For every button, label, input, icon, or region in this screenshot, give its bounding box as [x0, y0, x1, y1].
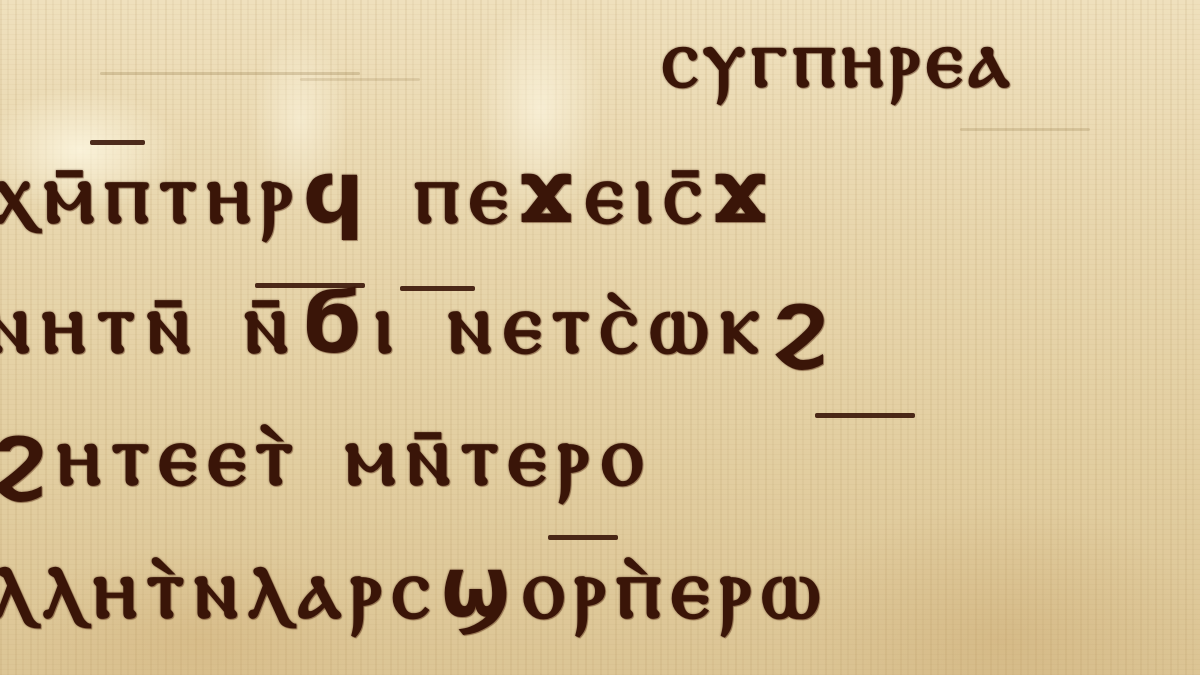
supralinear-stroke: [815, 413, 915, 418]
papyrus-manuscript: ⲥⲩⲅⲡⲏⲣⲉⲁ ⲭⲙ̄ⲡⲧⲏⲣϥ ⲡⲉϫⲉⲓⲥ̄ϫ ⲛⲏⲧⲛ̄ ⲛ̄ϭⲓ ⲛⲉ…: [0, 0, 1200, 675]
papyrus-fiber: [960, 128, 1090, 131]
manuscript-line-3: ⲛⲏⲧⲛ̄ ⲛ̄ϭⲓ ⲛⲉⲧⲥ̀ⲱⲕϩ: [0, 280, 839, 366]
papyrus-fiber: [100, 72, 360, 75]
manuscript-line-2: ⲭⲙ̄ⲡⲧⲏⲣϥ ⲡⲉϫⲉⲓⲥ̄ϫ: [0, 150, 779, 236]
papyrus-fiber: [300, 78, 420, 81]
manuscript-line-4: ϩⲏⲧⲉⲉⲧ̀ ⲙⲛ̄ⲧⲉⲣⲟ: [0, 412, 653, 498]
manuscript-line-1: ⲥⲩⲅⲡⲏⲣⲉⲁ: [662, 18, 1015, 100]
manuscript-line-5: ⲗⲗⲏⲧ̀ⲛⲗⲁⲣⲥϣⲟⲣⲡ̀ⲉⲣⲱ: [0, 545, 830, 631]
